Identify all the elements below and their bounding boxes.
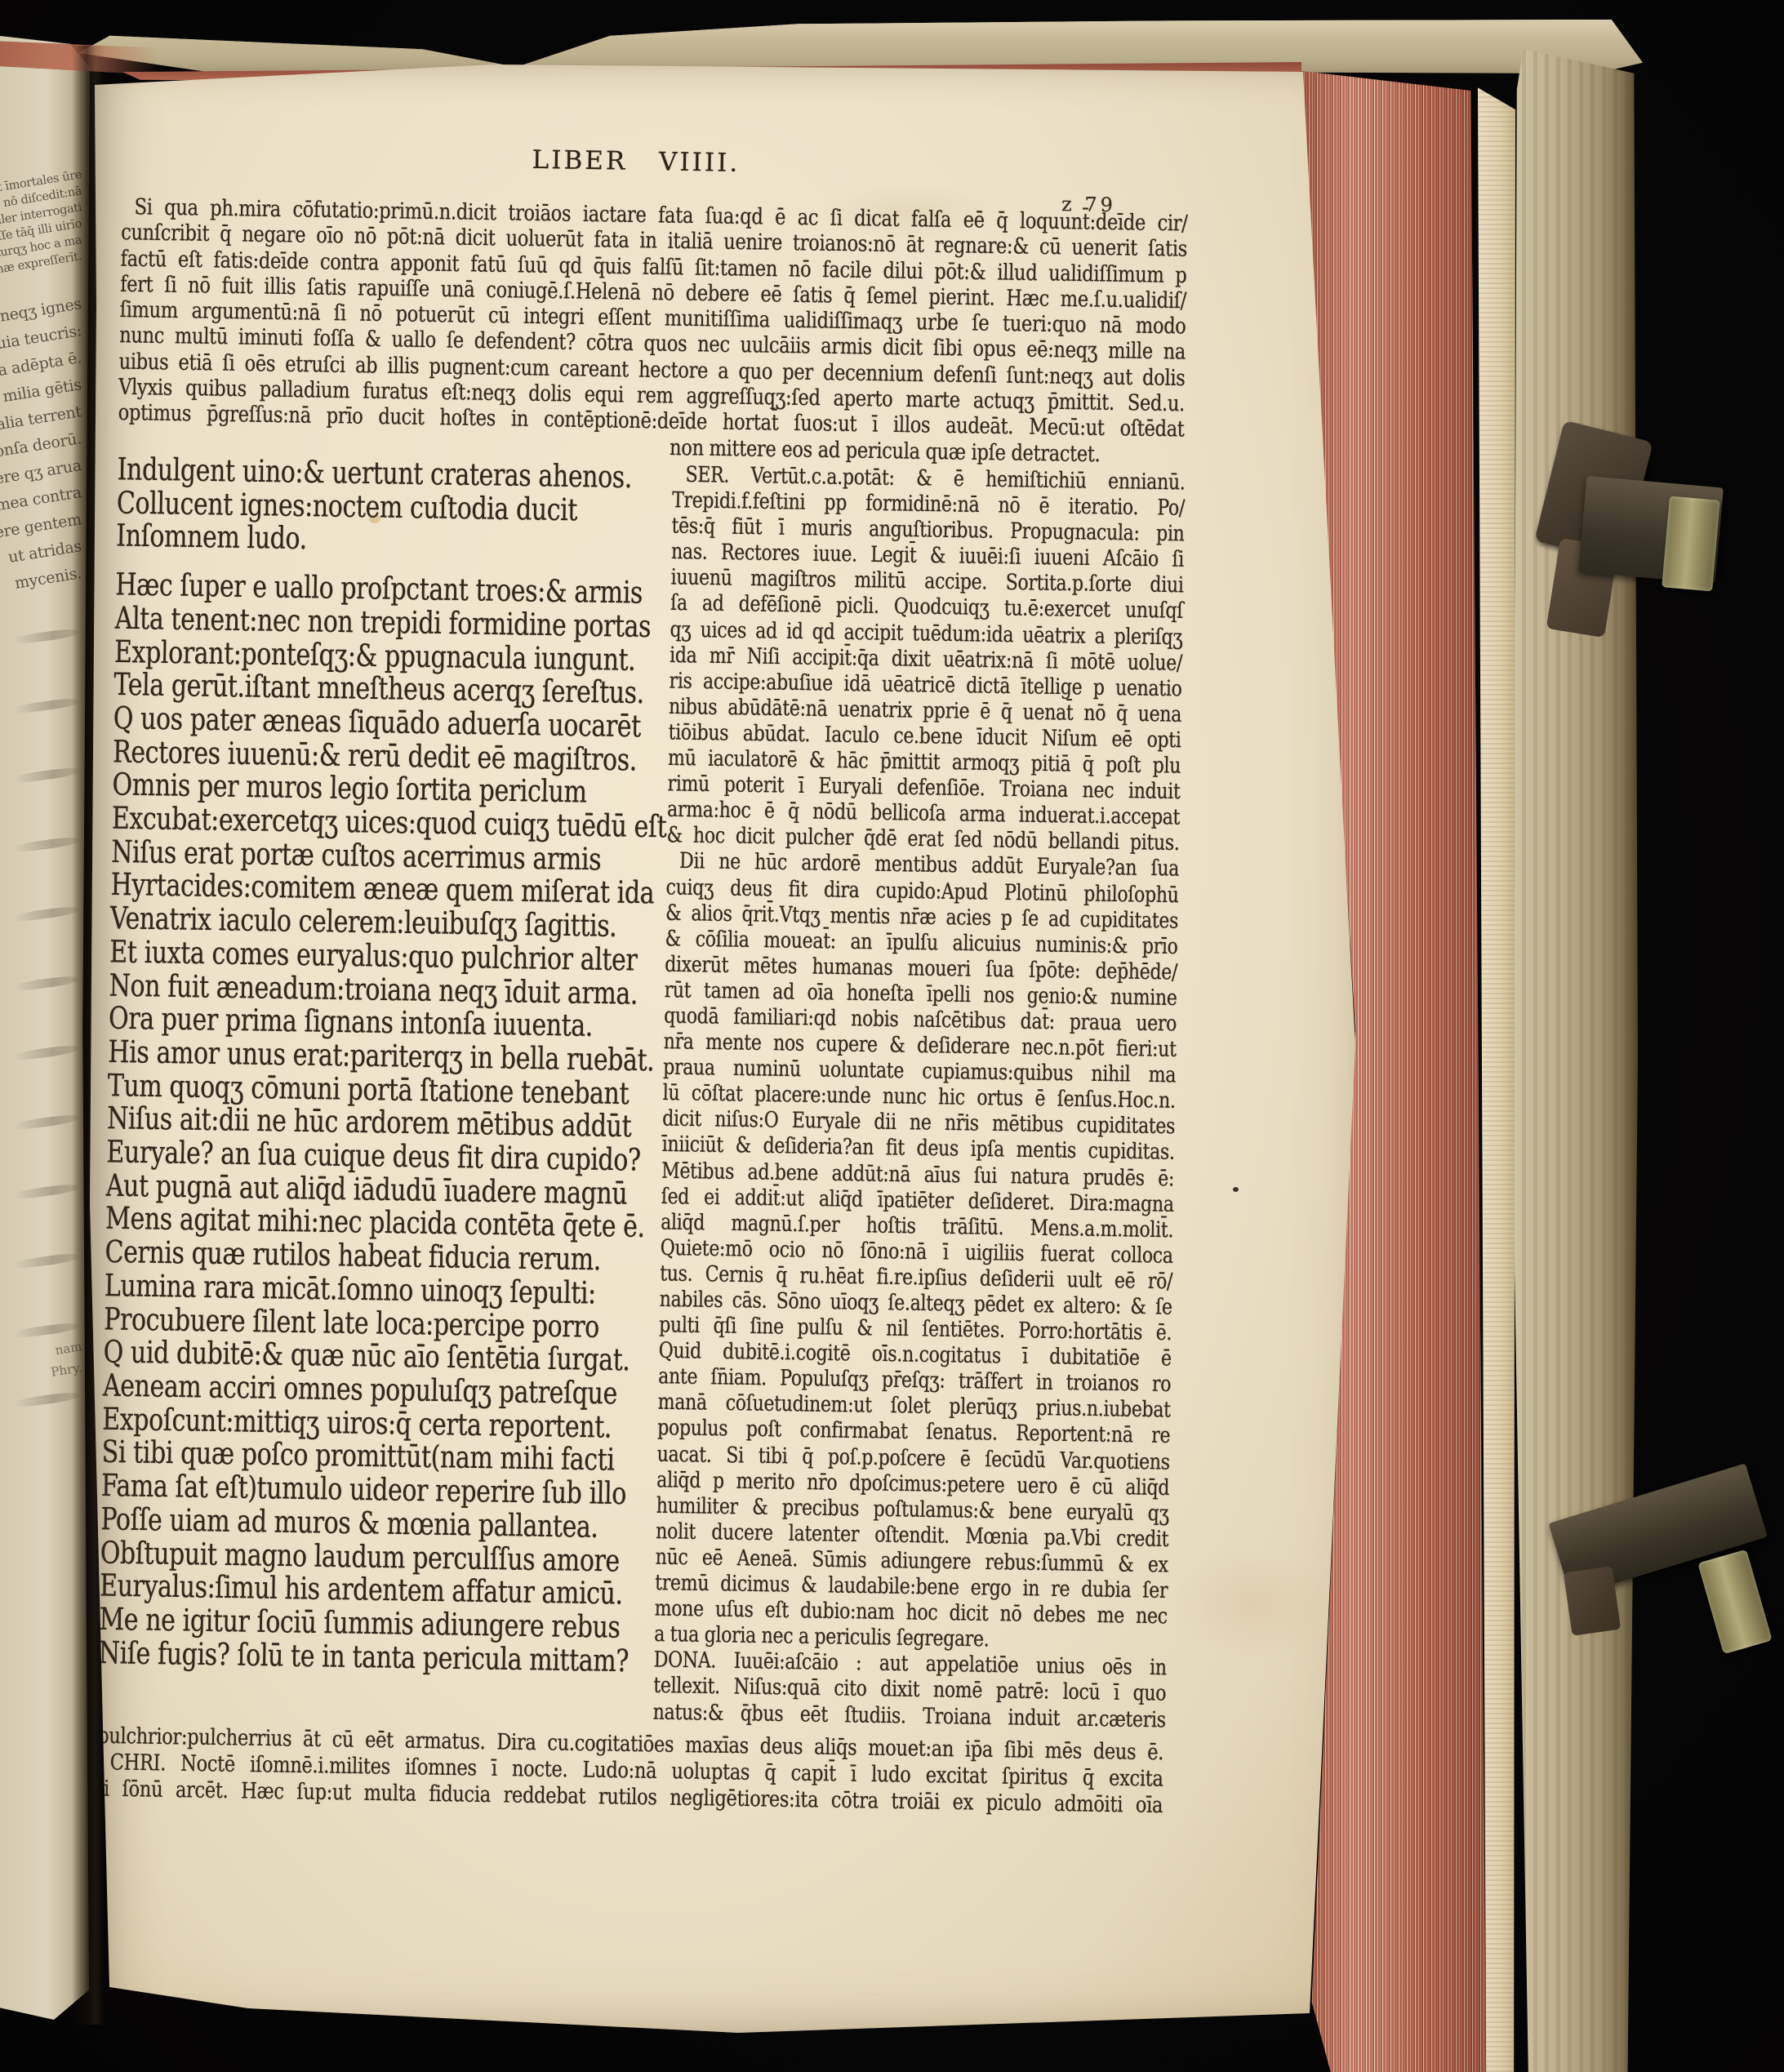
page-text: LIBER VIIII. z 79 Si qua ph.mira cōfutat… — [96, 139, 1192, 1821]
book-photo: a ut īmortales ūreno nō diſcedit:nāīpū ſ… — [0, 0, 1784, 2072]
running-header: LIBER VIIII. z 79 — [122, 139, 1191, 187]
two-column-area: Indulgent uino:& uertunt crateras ahenos… — [98, 454, 1187, 1737]
lower-clasp-leather-tab — [1564, 1566, 1621, 1636]
ink-speck — [1233, 1187, 1239, 1192]
verse-column: Indulgent uino:& uertunt crateras ahenos… — [99, 454, 656, 1679]
facing-page-commentary-fragments: a ut īmortales ūreno nō diſcedit:nāīpū ſ… — [0, 167, 82, 265]
commentary-top-block: Si qua ph.mira cōfutatio:primū.n.dicit t… — [118, 194, 1191, 469]
verse-line: Niſe fugis? ſolū te in tanta pericula mi… — [99, 1637, 638, 1678]
page-title: LIBER VIIII. — [532, 145, 740, 178]
binding-top-edge — [78, 20, 1643, 73]
page: LIBER VIIII. z 79 Si qua ph.mira cōfutat… — [85, 60, 1359, 2034]
binding-cover-fore-edge — [1510, 49, 1638, 2072]
facing-page-verse-fragments: uit:non tela neqʒ ignesmaria inuia teucr… — [0, 291, 82, 587]
upper-clasp-brass-tip — [1662, 496, 1720, 592]
lower-clasp-brass-tip — [1697, 1550, 1773, 1655]
commentary-column: SER. Vertūt.c.a.potāt: & ē hemiſtichiū e… — [653, 463, 1187, 1734]
commentary-bottom-block: pulchrior:pulcherrius āt cū eēt armatus.… — [96, 1723, 1167, 1820]
stain — [1171, 1546, 1334, 1661]
